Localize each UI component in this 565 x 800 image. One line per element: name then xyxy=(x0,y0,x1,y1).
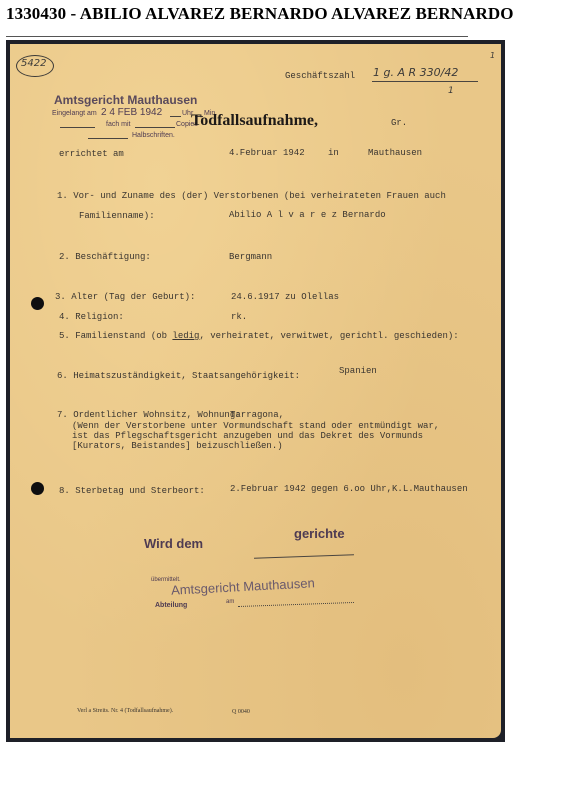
copies-line xyxy=(135,127,175,128)
received-date: 2 4 FEB 1942 xyxy=(101,107,162,118)
transfer-am: am xyxy=(226,599,234,605)
file-number-label: Geschäftszahl xyxy=(285,71,355,81)
field-5-label-prefix: 5. Familienstand (ob xyxy=(59,331,172,341)
field-3-value: 24.6.1917 zu Olellas xyxy=(231,292,339,302)
field-1-value: Abilio A l v a r e z Bernardo xyxy=(229,210,386,220)
file-number-value: 1 g. A R 330/42 xyxy=(373,66,458,79)
field-5-label-suffix: , verheiratet, verwitwet, gerichtl. gesc… xyxy=(199,331,458,341)
created-in-label: in xyxy=(328,148,339,158)
field-7-note-1: (Wenn der Verstorbene unter Vormundschaf… xyxy=(72,421,439,431)
field-4-value: rk. xyxy=(231,312,247,322)
field-2-value: Bergmann xyxy=(229,252,272,262)
created-place: Mauthausen xyxy=(368,148,422,158)
document-heading: Todfallsaufnahme, xyxy=(191,112,318,130)
transfer-date-line xyxy=(238,602,354,607)
transfer-wird-dem: Wird dem xyxy=(144,536,203,551)
footer-publisher: Verl a Streits. Nr. 4 (Todfallsaufnahme)… xyxy=(77,708,173,714)
field-8-label: 8. Sterbetag und Sterbeort: xyxy=(59,486,205,496)
heading-suffix: Gr. xyxy=(391,118,407,128)
field-4-label: 4. Religion: xyxy=(59,312,124,322)
fach-label: fach mit xyxy=(106,121,131,128)
field-5-label: 5. Familienstand (ob ledig, verheiratet,… xyxy=(59,331,459,341)
field-3-label: 3. Alter (Tag der Geburt): xyxy=(55,292,195,302)
page-title: 1330430 - ABILIO ALVAREZ BERNARDO ALVARE… xyxy=(6,4,514,24)
received-label: Eingelangt am xyxy=(52,110,97,117)
field-1-label: 1. Vor- und Zuname des (der) Verstorbene… xyxy=(57,191,446,201)
attachments-label: Halbschriften. xyxy=(132,132,175,139)
created-date: 4.Februar 1942 xyxy=(229,148,305,158)
document-paper: 5422 Amtsgericht Mauthausen Eingelangt a… xyxy=(10,44,501,738)
uhr-line xyxy=(170,116,181,117)
corner-mark: 1 xyxy=(490,51,495,60)
punch-hole-icon xyxy=(31,297,44,310)
field-7-note-3: [Kurators, Beistandes] beizuschließen.) xyxy=(72,441,283,451)
field-2-label: 2. Beschäftigung: xyxy=(59,252,151,262)
file-number-annotation: 1 xyxy=(448,86,454,96)
field-8-value: 2.Februar 1942 gegen 6.oo Uhr,K.L.Mautha… xyxy=(230,484,468,494)
fach-line xyxy=(60,127,95,128)
court-stamp-name: Amtsgericht Mauthausen xyxy=(54,93,197,107)
field-6-value: Spanien xyxy=(339,366,377,376)
field-5-underlined-option: ledig xyxy=(172,331,199,341)
transfer-gerichte: gerichte xyxy=(294,526,345,541)
field-7-note-2: ist das Pflegschaftsgericht anzugeben un… xyxy=(72,431,423,441)
file-number-underline xyxy=(372,81,478,82)
document-scan: 5422 Amtsgericht Mauthausen Eingelangt a… xyxy=(6,40,505,742)
attachments-line xyxy=(88,138,128,139)
archive-number: 5422 xyxy=(21,58,46,69)
field-6-label: 6. Heimatszuständigkeit, Staatsangehörig… xyxy=(57,371,300,381)
transfer-court-stamp: Amtsgericht Mauthausen xyxy=(171,575,315,598)
transfer-abteilung: Abteilung xyxy=(155,602,187,609)
footer-code: Q 0040 xyxy=(232,709,250,715)
title-divider xyxy=(6,36,468,37)
created-label: errichtet am xyxy=(59,149,124,159)
transfer-court-line xyxy=(254,554,354,558)
field-7-label: 7. Ordentlicher Wohnsitz, Wohnung: xyxy=(57,410,241,420)
field-7-value: Tarragona, xyxy=(230,410,284,420)
punch-hole-icon xyxy=(31,482,44,495)
field-1-label-cont: Familienname): xyxy=(79,211,155,221)
